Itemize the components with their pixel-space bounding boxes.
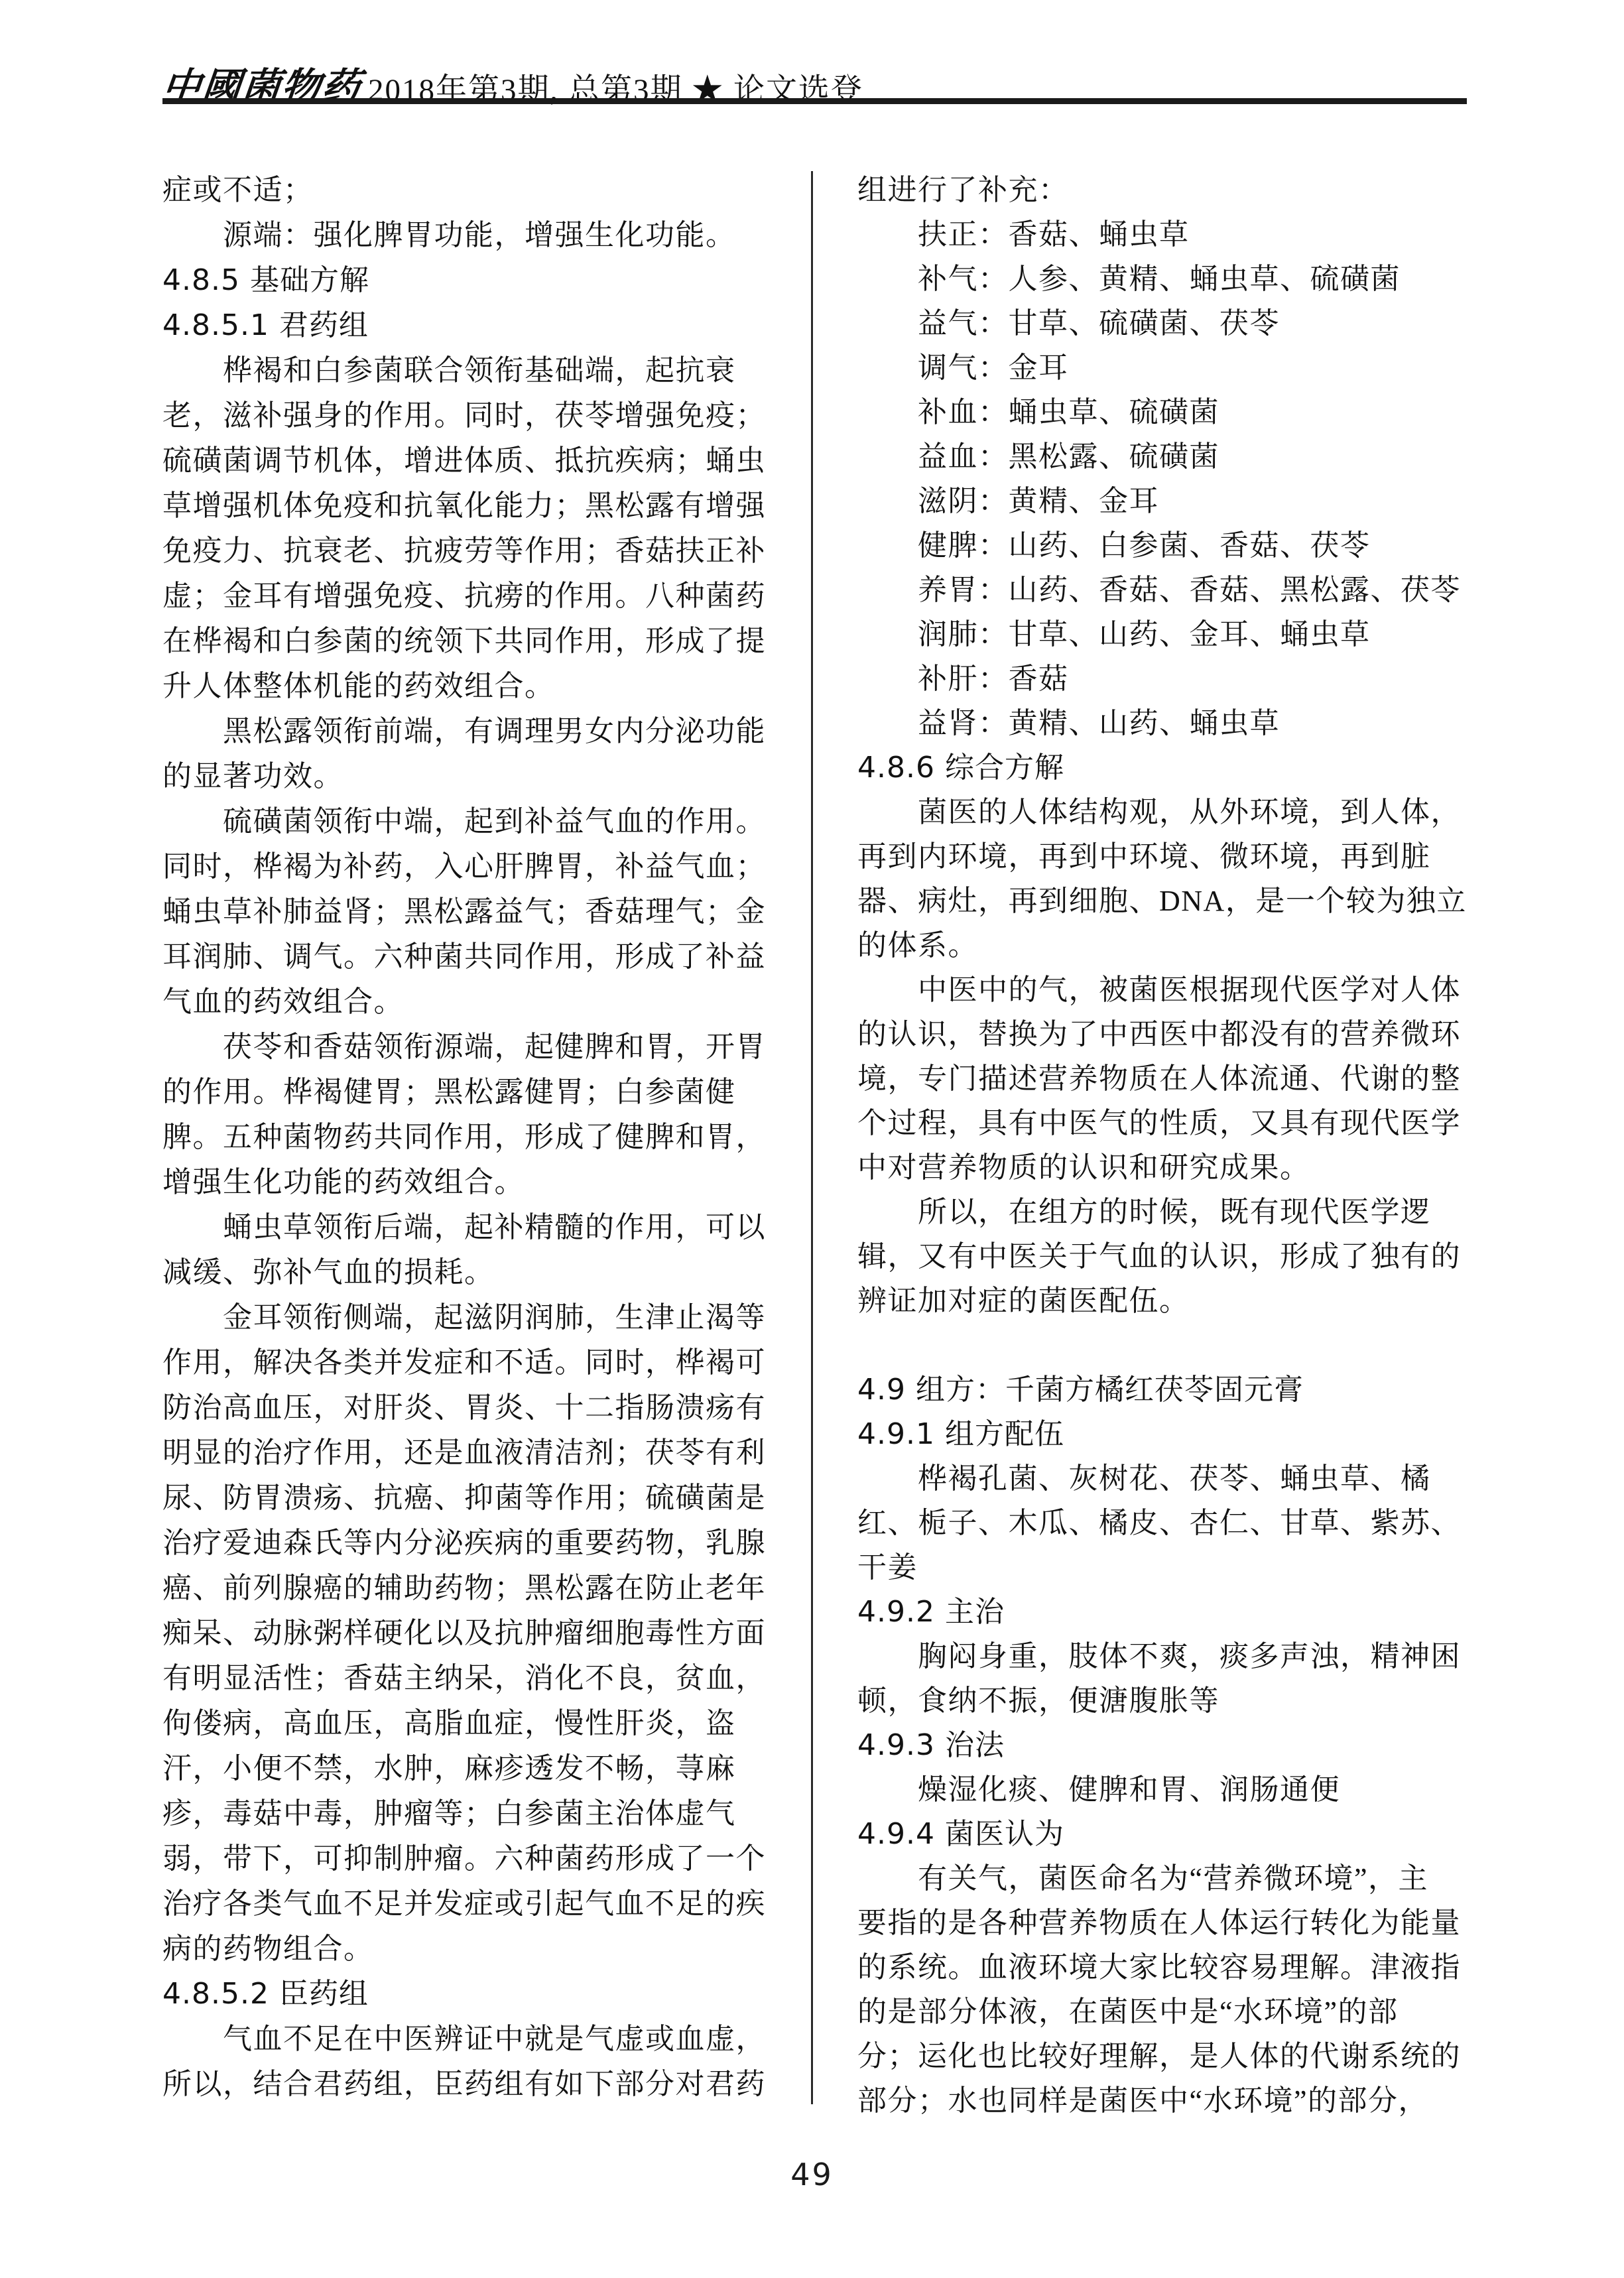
body-text-line: 老，滋补强身的作用。同时，茯苓增强免疫； (162, 393, 767, 438)
body-text-line: 胸闷身重，肢体不爽，痰多声浊，精神困 (857, 1634, 1468, 1678)
body-text-line: 症或不适； (162, 168, 767, 213)
body-text-line: 再到内环境，再到中环境、微环境，再到脏 (857, 834, 1468, 879)
body-text-line: 红、栀子、木瓜、橘皮、杏仁、甘草、紫苏、 (857, 1501, 1468, 1545)
body-text-line: 养胃：山药、香菇、香菇、黑松露、茯苓 (857, 568, 1468, 612)
body-text-line: 蛹虫草补肺益肾；黑松露益气；香菇理气；金 (162, 889, 767, 934)
body-text-line: 蛹虫草领衔后端，起补精髓的作用，可以 (162, 1205, 767, 1250)
body-text-line: 中对营养物质的认识和研究成果。 (857, 1145, 1468, 1190)
journal-page: 中國菌物药 2018年第3期, 总第3期 ★ 论文选登 症或不适；源端：强化脾胃… (0, 0, 1624, 2278)
body-text-line: 的体系。 (857, 923, 1468, 968)
body-text-line: 病的药物组合。 (162, 1927, 767, 1972)
body-text-line: 部分；水也同样是菌医中“水环境”的部分， (857, 2078, 1468, 2123)
body-text-line: 顿，食纳不振，便溏腹胀等 (857, 1678, 1468, 1723)
left-column: 症或不适；源端：强化脾胃功能，增强生化功能。4.8.5 基础方解4.8.5.1 … (162, 168, 767, 2107)
body-text-line: 疹，毒菇中毒，肿瘤等；白参菌主治体虚气 (162, 1791, 767, 1836)
body-text-line: 金耳领衔侧端，起滋阴润肺，生津止渴等 (162, 1295, 767, 1340)
section-heading: 4.9.2 主治 (857, 1590, 1468, 1634)
body-text-line: 硫磺菌领衔中端，起到补益气血的作用。 (162, 799, 767, 844)
body-text-line: 有明显活性；香菇主纳呆，消化不良，贫血， (162, 1656, 767, 1701)
body-text-line: 境，专门描述营养物质在人体流通、代谢的整 (857, 1056, 1468, 1101)
body-text-line: 耳润肺、调气。六种菌共同作用，形成了补益 (162, 934, 767, 980)
body-text-line: 佝偻病，高血压，高脂血症，慢性肝炎，盗 (162, 1701, 767, 1746)
body-text-line: 癌、前列腺癌的辅助药物；黑松露在防止老年 (162, 1566, 767, 1611)
body-text-line: 个过程，具有中医气的性质，又具有现代医学 (857, 1101, 1468, 1145)
body-text-line: 气血不足在中医辨证中就是气虚或血虚， (162, 2017, 767, 2062)
body-text-line: 茯苓和香菇领衔源端，起健脾和胃，开胃 (162, 1025, 767, 1070)
section-heading: 4.8.5.1 君药组 (162, 303, 767, 348)
body-text-line: 防治高血压，对肝炎、胃炎、十二指肠溃疡有 (162, 1385, 767, 1430)
body-text-line: 补肝：香菇 (857, 657, 1468, 701)
body-text-line: 虚；金耳有增强免疫、抗痨的作用。八种菌药 (162, 574, 767, 619)
body-text-line: 所以，在组方的时候，既有现代医学逻 (857, 1190, 1468, 1234)
body-text-line: 益气：甘草、硫磺菌、茯苓 (857, 301, 1468, 346)
body-text-line: 源端：强化脾胃功能，增强生化功能。 (162, 213, 767, 258)
body-text-line: 的系统。血液环境大家比较容易理解。津液指 (857, 1945, 1468, 1990)
body-text-line: 的显著功效。 (162, 754, 767, 799)
body-text-line: 辨证加对症的菌医配伍。 (857, 1279, 1468, 1323)
body-text-line: 的是部分体液，在菌医中是“水环境”的部 (857, 1990, 1468, 2034)
section-heading: 4.9.3 治法 (857, 1723, 1468, 1767)
body-text-line: 所以，结合君药组，臣药组有如下部分对君药 (162, 2062, 767, 2107)
body-text-line: 在桦褐和白参菌的统领下共同作用，形成了提 (162, 619, 767, 664)
right-column: 组进行了补充：扶正：香菇、蛹虫草补气：人参、黄精、蛹虫草、硫磺菌益气：甘草、硫磺… (857, 168, 1468, 2123)
column-divider (811, 171, 813, 2104)
body-text-line: 免疫力、抗衰老、抗疲劳等作用；香菇扶正补 (162, 529, 767, 574)
body-text-line: 汗，小便不禁，水肿，麻疹透发不畅，荨麻 (162, 1746, 767, 1791)
body-text-line: 增强生化功能的药效组合。 (162, 1160, 767, 1205)
body-text-line: 升人体整体机能的药效组合。 (162, 664, 767, 709)
body-text-line: 作用，解决各类并发症和不适。同时，桦褐可 (162, 1340, 767, 1385)
body-text-line: 补血：蛹虫草、硫磺菌 (857, 390, 1468, 434)
body-text-line: 干姜 (857, 1545, 1468, 1590)
body-text-line: 健脾：山药、白参菌、香菇、茯苓 (857, 523, 1468, 568)
body-text-line: 调气：金耳 (857, 346, 1468, 390)
body-text-line: 桦褐孔菌、灰树花、茯苓、蛹虫草、橘 (857, 1456, 1468, 1501)
blank-line (857, 1323, 1468, 1367)
body-text-line: 要指的是各种营养物质在人体运行转化为能量 (857, 1901, 1468, 1945)
body-text-line: 草增强机体免疫和抗氧化能力；黑松露有增强 (162, 483, 767, 529)
body-text-line: 减缓、弥补气血的损耗。 (162, 1250, 767, 1295)
body-text-line: 治疗爱迪森氏等内分泌疾病的重要药物，乳腺 (162, 1521, 767, 1566)
body-text-line: 治疗各类气血不足并发症或引起气血不足的疾 (162, 1881, 767, 1927)
body-text-line: 燥湿化痰、健脾和胃、润肠通便 (857, 1767, 1468, 1812)
section-heading: 4.8.6 综合方解 (857, 745, 1468, 790)
body-text-line: 桦褐和白参菌联合领衔基础端，起抗衰 (162, 348, 767, 393)
body-text-line: 菌医的人体结构观，从外环境，到人体， (857, 790, 1468, 834)
body-text-line: 同时，桦褐为补药，入心肝脾胃，补益气血； (162, 844, 767, 889)
body-text-line: 黑松露领衔前端，有调理男女内分泌功能 (162, 709, 767, 754)
body-text-line: 益肾：黄精、山药、蛹虫草 (857, 701, 1468, 745)
section-heading: 4.8.5 基础方解 (162, 258, 767, 303)
body-text-line: 中医中的气，被菌医根据现代医学对人体 (857, 968, 1468, 1012)
body-text-line: 润肺：甘草、山药、金耳、蛹虫草 (857, 612, 1468, 657)
body-text-line: 弱，带下，可抑制肿瘤。六种菌药形成了一个 (162, 1836, 767, 1881)
body-text-line: 组进行了补充： (857, 168, 1468, 212)
body-text-line: 扶正：香菇、蛹虫草 (857, 212, 1468, 257)
body-text-line: 分；运化也比较好理解，是人体的代谢系统的 (857, 2034, 1468, 2078)
body-text-line: 的认识，替换为了中西医中都没有的营养微环 (857, 1012, 1468, 1056)
body-text-line: 痴呆、动脉粥样硬化以及抗肿瘤细胞毒性方面 (162, 1611, 767, 1656)
body-text-line: 滋阴：黄精、金耳 (857, 479, 1468, 523)
body-text-line: 尿、防胃溃疡、抗癌、抑菌等作用；硫磺菌是 (162, 1476, 767, 1521)
body-text-line: 有关气，菌医命名为“营养微环境”，主 (857, 1856, 1468, 1901)
section-heading: 4.9.1 组方配伍 (857, 1412, 1468, 1456)
page-number: 49 (0, 2157, 1624, 2192)
body-text-line: 硫磺菌调节机体，增进体质、抵抗疾病；蛹虫 (162, 438, 767, 483)
section-heading: 4.8.5.2 臣药组 (162, 1972, 767, 2017)
body-text-line: 补气：人参、黄精、蛹虫草、硫磺菌 (857, 257, 1468, 301)
body-text-line: 益血：黑松露、硫磺菌 (857, 434, 1468, 479)
section-heading: 4.9 组方：千菌方橘红茯苓固元膏 (857, 1367, 1468, 1412)
body-text-line: 气血的药效组合。 (162, 980, 767, 1025)
body-text-line: 明显的治疗作用，还是血液清洁剂；茯苓有利 (162, 1430, 767, 1476)
header-rule (162, 98, 1467, 104)
body-text-line: 的作用。桦褐健胃；黑松露健胃；白参菌健 (162, 1070, 767, 1115)
body-text-line: 器、病灶，再到细胞、DNA，是一个较为独立 (857, 879, 1468, 923)
section-heading: 4.9.4 菌医认为 (857, 1812, 1468, 1856)
body-text-line: 辑，又有中医关于气血的认识，形成了独有的 (857, 1234, 1468, 1279)
body-text-line: 脾。五种菌物药共同作用，形成了健脾和胃， (162, 1115, 767, 1160)
